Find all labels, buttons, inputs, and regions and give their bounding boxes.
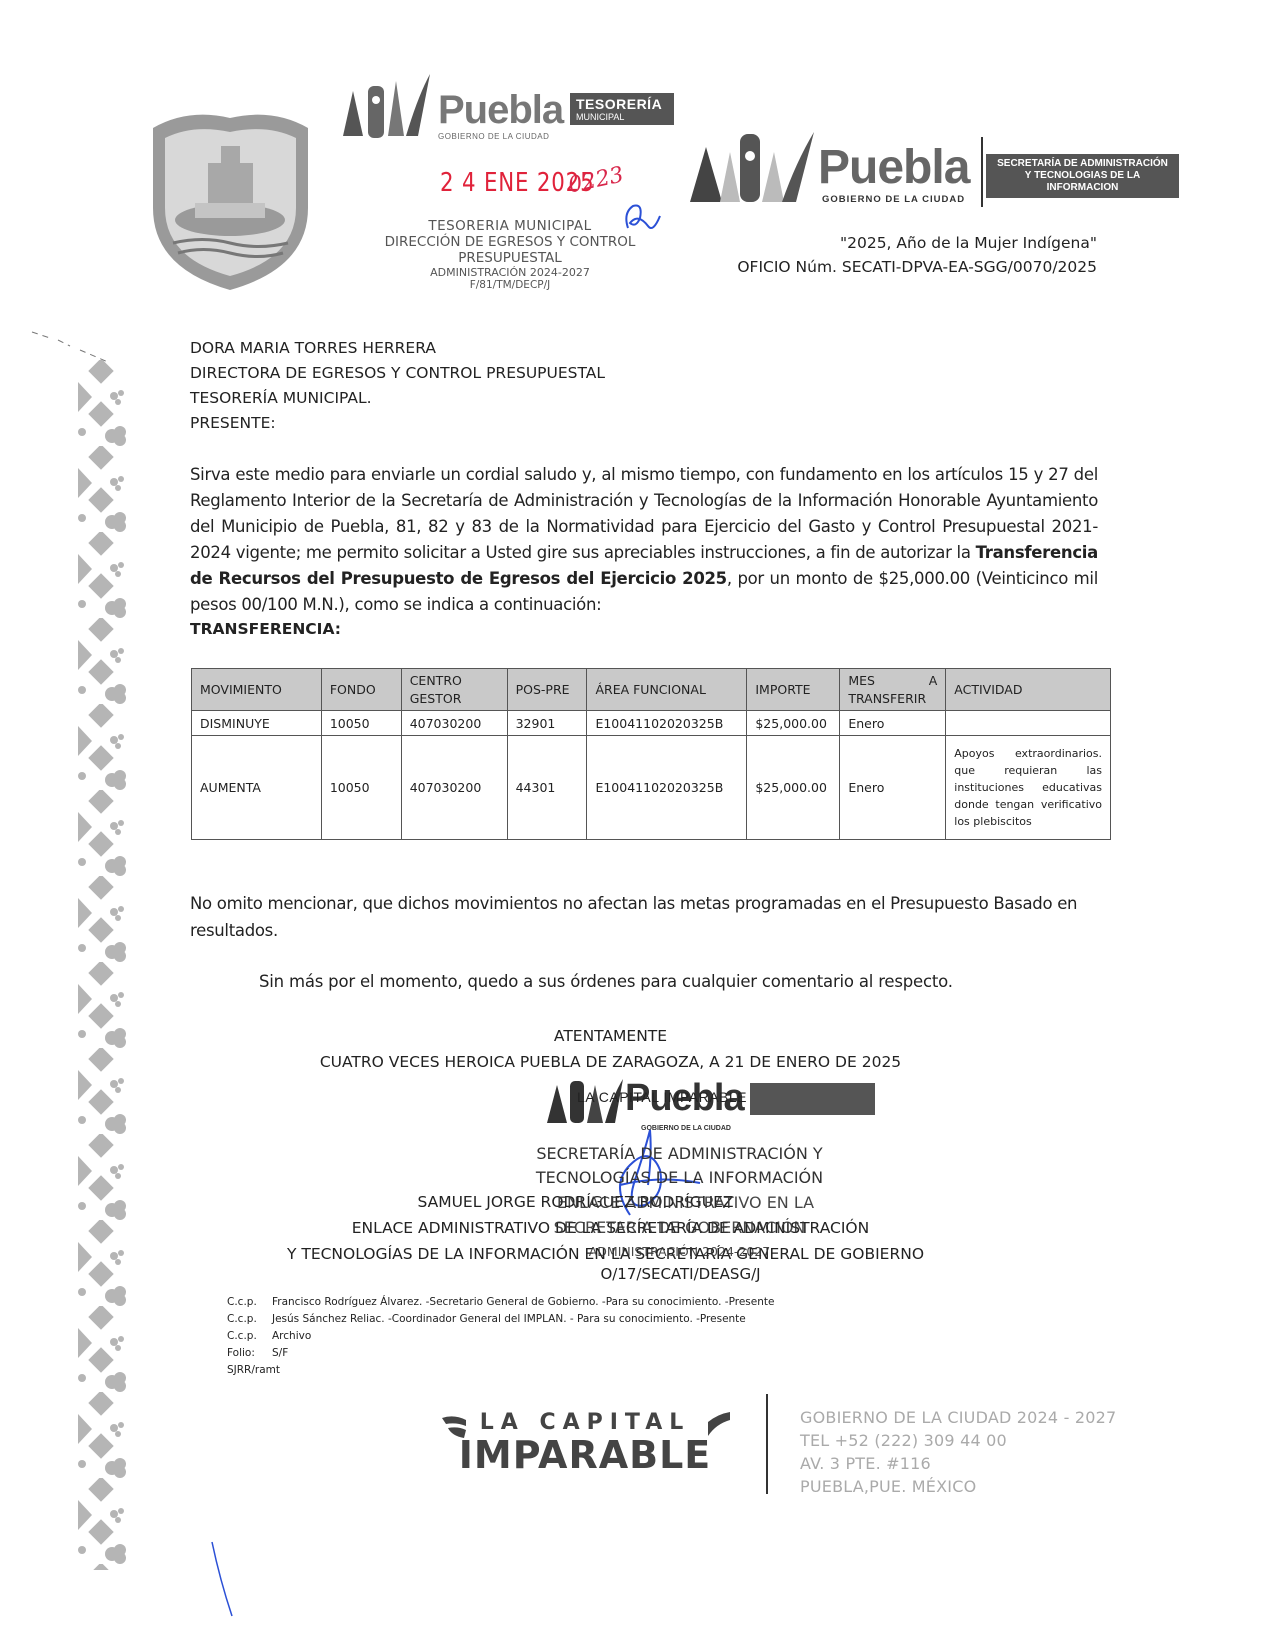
sig-stamp-line-3: ENLACE ADMINISTRATIVO EN LA: [50, 1193, 1271, 1212]
ccp-key: C.c.p.: [227, 1328, 272, 1345]
slogan-overlay-text: LA CAPITAL IMPARABLE: [577, 1089, 747, 1105]
col-header-mes-a-transferir: MESATRANSFERIR: [840, 669, 946, 711]
stamp-line-2: DIRECCIÓN DE EGRESOS Y CONTROL: [355, 234, 665, 250]
addressee-office: TESORERÍA MUNICIPAL.: [190, 386, 605, 411]
stamp-line-4: ADMINISTRACIÓN 2024-2027: [355, 266, 665, 279]
header-text: MES: [848, 672, 875, 690]
footer-address: AV. 3 PTE. #116: [800, 1452, 1116, 1475]
secati-badge: SECRETARÍA DE ADMINISTRACIÓN Y TECNOLOGI…: [986, 154, 1179, 198]
header-text: A: [929, 672, 938, 690]
cell-centro-gestor: 407030200: [401, 711, 507, 736]
ccp-item: C.c.p.Archivo: [227, 1328, 774, 1345]
sig-stamp-line-4: SECRETARÍA DE GOBERNACIÓN: [44, 1218, 1271, 1237]
presente-label: PRESENTE:: [190, 411, 605, 436]
col-header-centro-gestor: CENTROGESTOR: [401, 669, 507, 711]
badge-line-2: MUNICIPAL: [576, 112, 668, 122]
oficio-number: OFICIO Núm. SECATI-DPVA-EA-SGG/0070/2025: [737, 258, 1097, 276]
folio-item: Folio:S/F: [227, 1345, 774, 1362]
stamp-line-5: F/81/TM/DECP/J: [355, 279, 665, 291]
body-paragraph-1: Sirva este medio para enviarle un cordia…: [190, 462, 1098, 618]
ccp-key: C.c.p.: [227, 1311, 272, 1328]
cell-movimiento: DISMINUYE: [192, 711, 322, 736]
footer-contact-info: GOBIERNO DE LA CIUDAD 2024 - 2027 TEL +5…: [800, 1406, 1116, 1498]
ccp-item: C.c.p.Jesús Sánchez Reliac. -Coordinador…: [227, 1311, 774, 1328]
decorative-border-pattern: [78, 360, 130, 1570]
cell-centro-gestor: 407030200: [401, 736, 507, 840]
header-text: CENTRO: [410, 673, 462, 688]
col-header-actividad: ACTIVIDAD: [946, 669, 1111, 711]
header-text: GESTOR: [410, 691, 462, 706]
tesoreria-municipal-logo: Puebla GOBIERNO DE LA CIUDAD TESORERÍA M…: [338, 66, 678, 146]
cell-fondo: 10050: [321, 736, 401, 840]
ccp-key: C.c.p.: [227, 1294, 272, 1311]
cell-pos-pre: 32901: [507, 711, 587, 736]
wing-right-icon: [704, 1410, 732, 1438]
tesoreria-received-stamp: TESORERIA MUNICIPAL DIRECCIÓN DE EGRESOS…: [355, 218, 665, 291]
cell-area-funcional: E10041102020325B: [587, 711, 747, 736]
cell-movimiento: AUMENTA: [192, 736, 322, 840]
footer-phone: TEL +52 (222) 309 44 00: [800, 1429, 1116, 1452]
secati-logo: Puebla GOBIERNO DE LA CIUDAD SECRETARÍA …: [686, 122, 1181, 208]
ccp-item: C.c.p.Francisco Rodríguez Álvarez. -Secr…: [227, 1294, 774, 1311]
cell-mes: Enero: [840, 711, 946, 736]
pen-stroke-mark: [210, 1540, 240, 1620]
logo-divider: [981, 137, 983, 207]
typist-initials: SJRR/ramt: [227, 1362, 774, 1379]
stamp-badge: [750, 1083, 875, 1115]
addressee-name: DORA MARIA TORRES HERRERA: [190, 336, 605, 361]
sig-stamp-line-5: ADMINISTRACIÓN 2024-2027: [44, 1244, 1271, 1259]
ccp-value: Jesús Sánchez Reliac. -Coordinador Gener…: [272, 1311, 746, 1328]
ccp-value: Archivo: [272, 1328, 311, 1345]
city-coat-of-arms: [143, 108, 318, 293]
slogan-top: LA CAPITAL: [440, 1410, 730, 1435]
col-header-area-funcional: ÁREA FUNCIONAL: [587, 669, 747, 711]
body-paragraph-2: No omito mencionar, que dichos movimient…: [190, 890, 1100, 944]
la-capital-imparable-logo: LA CAPITAL IMPARABLE: [440, 1410, 730, 1490]
footer-city: PUEBLA,PUE. MÉXICO: [800, 1475, 1116, 1498]
body-paragraph-3: Sin más por el momento, quedo a sus órde…: [259, 972, 953, 991]
cell-actividad: [946, 711, 1111, 736]
ccp-value: Francisco Rodríguez Álvarez. -Secretario…: [272, 1294, 774, 1311]
stamp-line-3: PRESUPUESTAL: [355, 250, 665, 266]
cell-mes: Enero: [840, 736, 946, 840]
col-header-pos-pre: POS-PRE: [507, 669, 587, 711]
puebla-wordmark: Puebla: [818, 140, 969, 195]
table-row: DISMINUYE 10050 407030200 32901 E1004110…: [192, 711, 1111, 736]
puebla-logo-art-icon: [338, 66, 433, 141]
city-date-line: CUATRO VECES HEROICA PUEBLA DE ZARAGOZA,…: [0, 1053, 1246, 1071]
puebla-wordmark: Puebla: [438, 88, 563, 133]
badge-line-1: TESORERÍA: [576, 96, 668, 112]
header-text: TRANSFERIR: [848, 690, 937, 708]
cell-importe: $25,000.00: [747, 736, 840, 840]
logo-subtitle: GOBIERNO DE LA CIUDAD: [438, 132, 549, 141]
transfer-table: MOVIMIENTO FONDO CENTROGESTOR POS-PRE ÁR…: [191, 668, 1111, 840]
footer-divider: [766, 1394, 768, 1494]
puebla-logo-art-icon: [686, 122, 816, 206]
sig-stamp-line-2: TECNOLOGÍAS DE LA INFORMACIÓN: [44, 1168, 1271, 1187]
year-motto: "2025, Año de la Mujer Indígena": [840, 234, 1097, 252]
stamp-line-1: TESORERIA MUNICIPAL: [355, 218, 665, 234]
folio-value: S/F: [272, 1345, 288, 1362]
table-row: AUMENTA 10050 407030200 44301 E100411020…: [192, 736, 1111, 840]
footer-admin-period: GOBIERNO DE LA CIUDAD 2024 - 2027: [800, 1406, 1116, 1429]
addressee-block: DORA MARIA TORRES HERRERA DIRECTORA DE E…: [190, 336, 605, 436]
atentamente-label: ATENTAMENTE: [0, 1027, 1246, 1045]
sig-stamp-line-1: SECRETARÍA DE ADMINISTRACIÓN Y: [44, 1144, 1271, 1163]
folio-key: Folio:: [227, 1345, 272, 1362]
badge-line-1: SECRETARÍA DE ADMINISTRACIÓN: [992, 158, 1173, 170]
cell-fondo: 10050: [321, 711, 401, 736]
tesoreria-badge: TESORERÍA MUNICIPAL: [570, 93, 674, 125]
col-header-movimiento: MOVIMIENTO: [192, 669, 322, 711]
signer-reference: O/17/SECATI/DEASG/J: [45, 1265, 1271, 1283]
badge-line-2: Y TECNOLOGIAS DE LA INFORMACION: [992, 170, 1173, 194]
col-header-importe: IMPORTE: [747, 669, 840, 711]
para1-text-start: Sirva este medio para enviarle un cordia…: [190, 465, 1098, 562]
wing-left-icon: [440, 1414, 468, 1440]
slogan-bottom: IMPARABLE: [440, 1435, 730, 1475]
logo-subtitle: GOBIERNO DE LA CIUDAD: [822, 194, 965, 205]
cell-area-funcional: E10041102020325B: [587, 736, 747, 840]
carbon-copy-list: C.c.p.Francisco Rodríguez Álvarez. -Secr…: [227, 1294, 774, 1379]
cell-importe: $25,000.00: [747, 711, 840, 736]
cell-actividad: Apoyos extraordinarios. que requieran la…: [946, 736, 1111, 840]
transfer-label: TRANSFERENCIA:: [190, 620, 341, 638]
col-header-fondo: FONDO: [321, 669, 401, 711]
table-header-row: MOVIMIENTO FONDO CENTROGESTOR POS-PRE ÁR…: [192, 669, 1111, 711]
addressee-position: DIRECTORA DE EGRESOS Y CONTROL PRESUPUES…: [190, 361, 605, 386]
cell-pos-pre: 44301: [507, 736, 587, 840]
